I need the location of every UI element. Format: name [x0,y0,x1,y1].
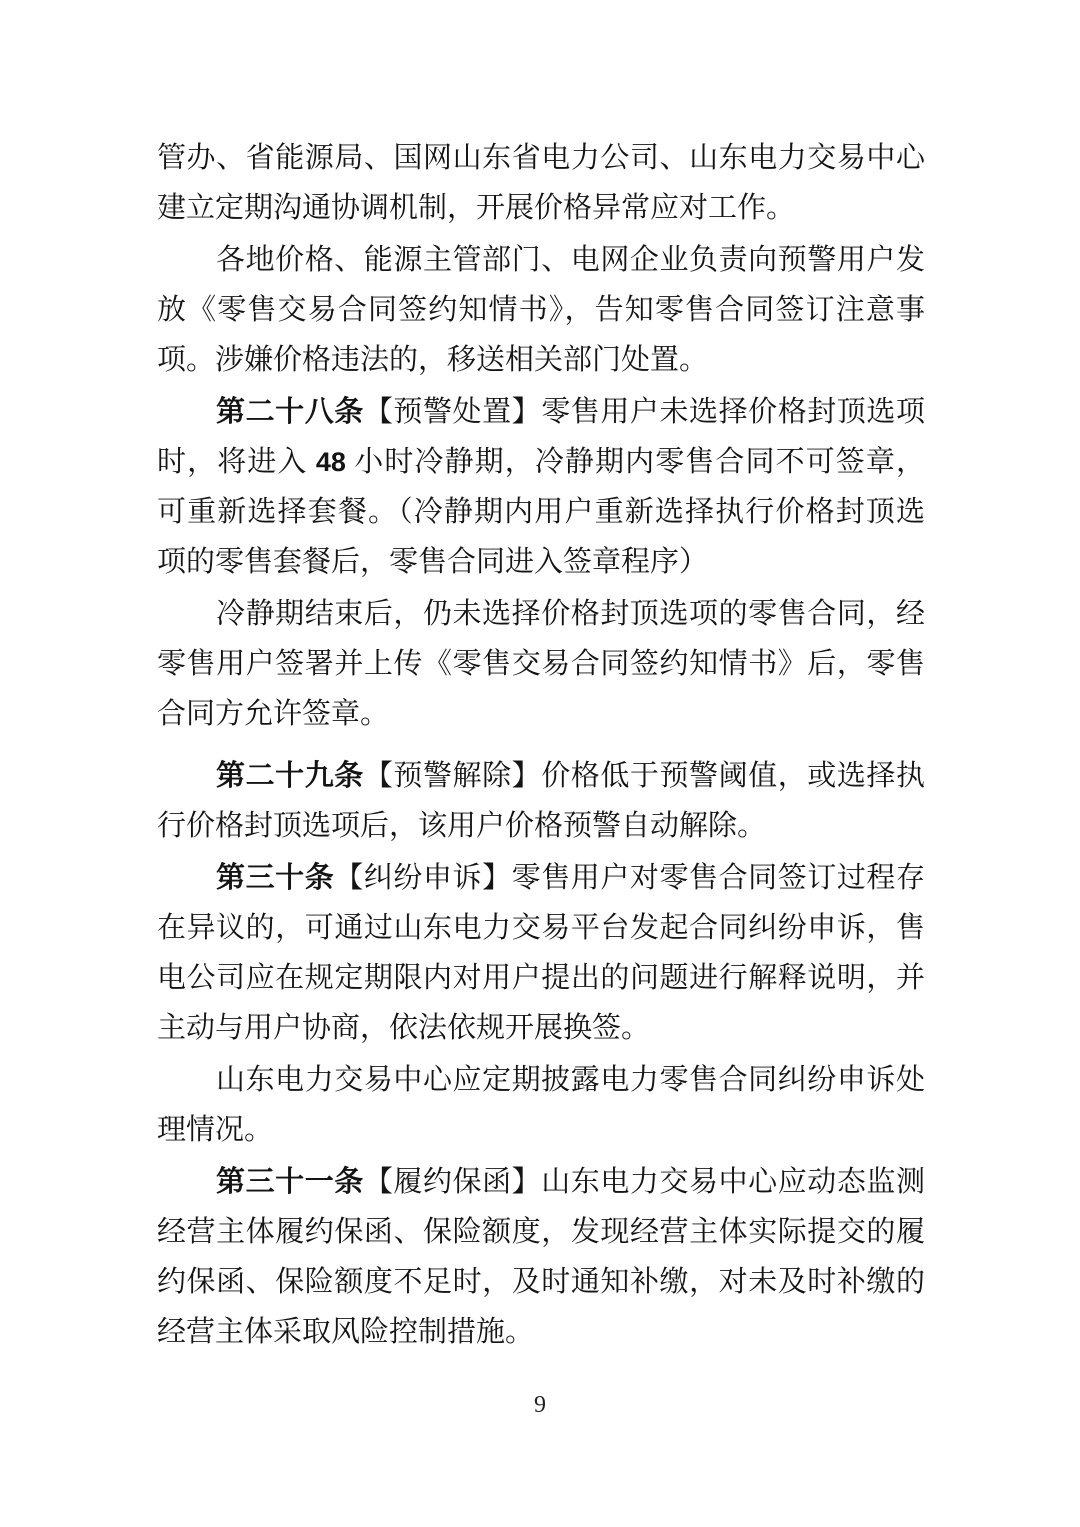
article-31-paragraph: 第三十一条【履约保函】山东电力交易中心应动态监测经营主体履约保函、保险额度，发现… [157,1157,925,1357]
paragraph-text: 各地价格、能源主管部门、电网企业负责向预警用户发放《零售交易合同签约知情书》，告… [157,244,925,376]
paragraph-notice-distribution: 各地价格、能源主管部门、电网企业负责向预警用户发放《零售交易合同签约知情书》，告… [157,235,925,385]
paragraph-text: 管办、省能源局、国网山东省电力公司、山东电力交易中心建立定期沟通协调机制，开展价… [157,142,925,224]
article-31-number: 第三十一条 [216,1166,364,1198]
paragraph-dispute-disclosure: 山东电力交易中心应定期披露电力零售合同纠纷申诉处理情况。 [157,1055,925,1155]
article-28-number: 第二十八条 [216,396,364,428]
document-body: 管办、省能源局、国网山东省电力公司、山东电力交易中心建立定期沟通协调机制，开展价… [157,133,925,1359]
document-page: 管办、省能源局、国网山东省电力公司、山东电力交易中心建立定期沟通协调机制，开展价… [0,0,1080,1527]
paragraph-text: 冷静期结束后，仍未选择价格封顶选项的零售合同，经零售用户签署并上传《零售交易合同… [157,598,925,730]
article-30-number: 第三十条 [216,862,334,894]
page-number: 9 [0,1392,1080,1418]
paragraph-cooling-period-end: 冷静期结束后，仍未选择价格封顶选项的零售合同，经零售用户签署并上传《零售交易合同… [157,589,925,739]
article-30-paragraph: 第三十条【纠纷申诉】零售用户对零售合同签订过程存在异议的，可通过山东电力交易平台… [157,853,925,1053]
paragraph-coordination-continuation: 管办、省能源局、国网山东省电力公司、山东电力交易中心建立定期沟通协调机制，开展价… [157,133,925,233]
article-29-paragraph: 第二十九条【预警解除】价格低于预警阈值，或选择执行价格封顶选项后，该用户价格预警… [157,751,925,851]
article-29-number: 第二十九条 [216,760,364,792]
paragraph-text: 山东电力交易中心应定期披露电力零售合同纠纷申诉处理情况。 [157,1064,925,1146]
cooling-period-hours-value: 48 [316,447,346,477]
article-28-paragraph: 第二十八条【预警处置】零售用户未选择价格封顶选项时，将进入 48 小时冷静期，冷… [157,387,925,587]
